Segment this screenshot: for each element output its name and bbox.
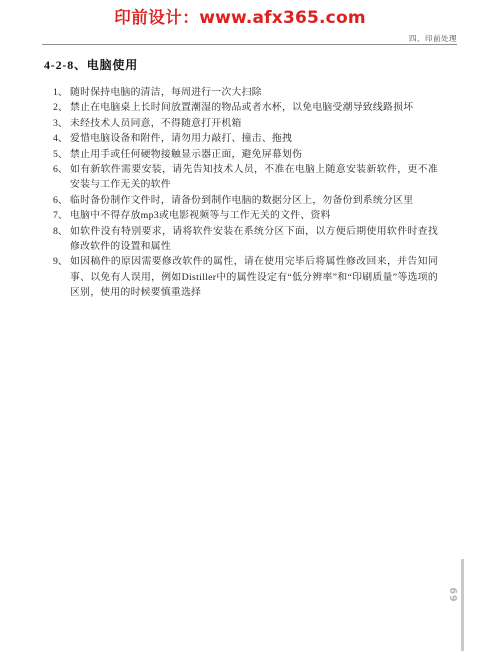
- list-item: 7、 电脑中不得存放mp3或电影视频等与工作无关的文件、资料: [53, 208, 440, 223]
- list-item: 6、 如有新软件需要安装，请先告知技术人员，不准在电脑上随意安装新软件，更不准安…: [53, 162, 440, 193]
- page-number: 69: [444, 586, 462, 604]
- list-item-text: 电脑中不得存放mp3或电影视频等与工作无关的文件、资料: [70, 208, 438, 223]
- list-item-text: 临时备份制作文件时，请备份到制作电脑的数据分区上，勿备份到系统分区里: [70, 193, 438, 208]
- list-item: 4、 爱惜电脑设备和附件，请勿用力敲打、撞击、拖拽: [53, 131, 440, 146]
- list-item-number: 4、: [53, 131, 70, 146]
- list-item-number: 9、: [53, 254, 70, 269]
- page-number-rule: [461, 559, 464, 651]
- list-item-text: 如软件没有特别要求，请将软件安装在系统分区下面，以方便后期使用软件时查找修改软件…: [70, 224, 438, 255]
- list-item-text: 如有新软件需要安装，请先告知技术人员，不准在电脑上随意安装新软件，更不准安装与工…: [70, 162, 438, 193]
- brand-prefix-text: 印前设计：: [114, 8, 199, 27]
- list-item: 1、 随时保持电脑的清洁，每周进行一次大扫除: [53, 85, 440, 100]
- list-item: 5、 禁止用手或任何硬物接触显示器正面，避免屏幕划伤: [53, 147, 440, 162]
- list-item-number: 6、: [53, 193, 70, 208]
- list-item-text: 禁止在电脑桌上长时间放置潮湿的物品或者水杯，以免电脑受潮导致线路损坏: [70, 100, 438, 115]
- brand-header: 印前设计：www.afx365.com: [0, 4, 480, 28]
- list-item-number: 6、: [53, 162, 70, 177]
- list-item: 3、 未经技术人员同意，不得随意打开机箱: [53, 116, 440, 131]
- list-item-number: 8、: [53, 224, 70, 239]
- list-item-number: 2、: [53, 100, 70, 115]
- running-header: 四、印前处理: [409, 33, 457, 44]
- list-item-number: 5、: [53, 147, 70, 162]
- list-item: 9、 如因稿件的原因需要修改软件的属性，请在使用完毕后将属性修改回来，并告知同事…: [53, 254, 440, 300]
- list-item: 6、 临时备份制作文件时，请备份到制作电脑的数据分区上，勿备份到系统分区里: [53, 193, 440, 208]
- document-page: 印前设计：www.afx365.com 四、印前处理 4-2-8、电脑使用 1、…: [0, 0, 480, 651]
- list-item-text: 禁止用手或任何硬物接触显示器正面，避免屏幕划伤: [70, 147, 438, 162]
- list-item-number: 3、: [53, 116, 70, 131]
- list-item-text: 爱惜电脑设备和附件，请勿用力敲打、撞击、拖拽: [70, 131, 438, 146]
- list-item-text: 未经技术人员同意，不得随意打开机箱: [70, 116, 438, 131]
- list-item-number: 7、: [53, 208, 70, 223]
- numbered-list: 1、 随时保持电脑的清洁，每周进行一次大扫除 2、 禁止在电脑桌上长时间放置潮湿…: [53, 85, 440, 301]
- header-rule: [42, 44, 457, 45]
- list-item-text: 随时保持电脑的清洁，每周进行一次大扫除: [70, 85, 438, 100]
- list-item-number: 1、: [53, 85, 70, 100]
- list-item-text: 如因稿件的原因需要修改软件的属性，请在使用完毕后将属性修改回来，并告知同事、以免…: [70, 254, 438, 300]
- section-title: 4-2-8、电脑使用: [44, 56, 138, 73]
- list-item: 2、 禁止在电脑桌上长时间放置潮湿的物品或者水杯，以免电脑受潮导致线路损坏: [53, 100, 440, 115]
- brand-site-url: www.afx365.com: [199, 8, 366, 28]
- list-item: 8、 如软件没有特别要求，请将软件安装在系统分区下面，以方便后期使用软件时查找修…: [53, 224, 440, 255]
